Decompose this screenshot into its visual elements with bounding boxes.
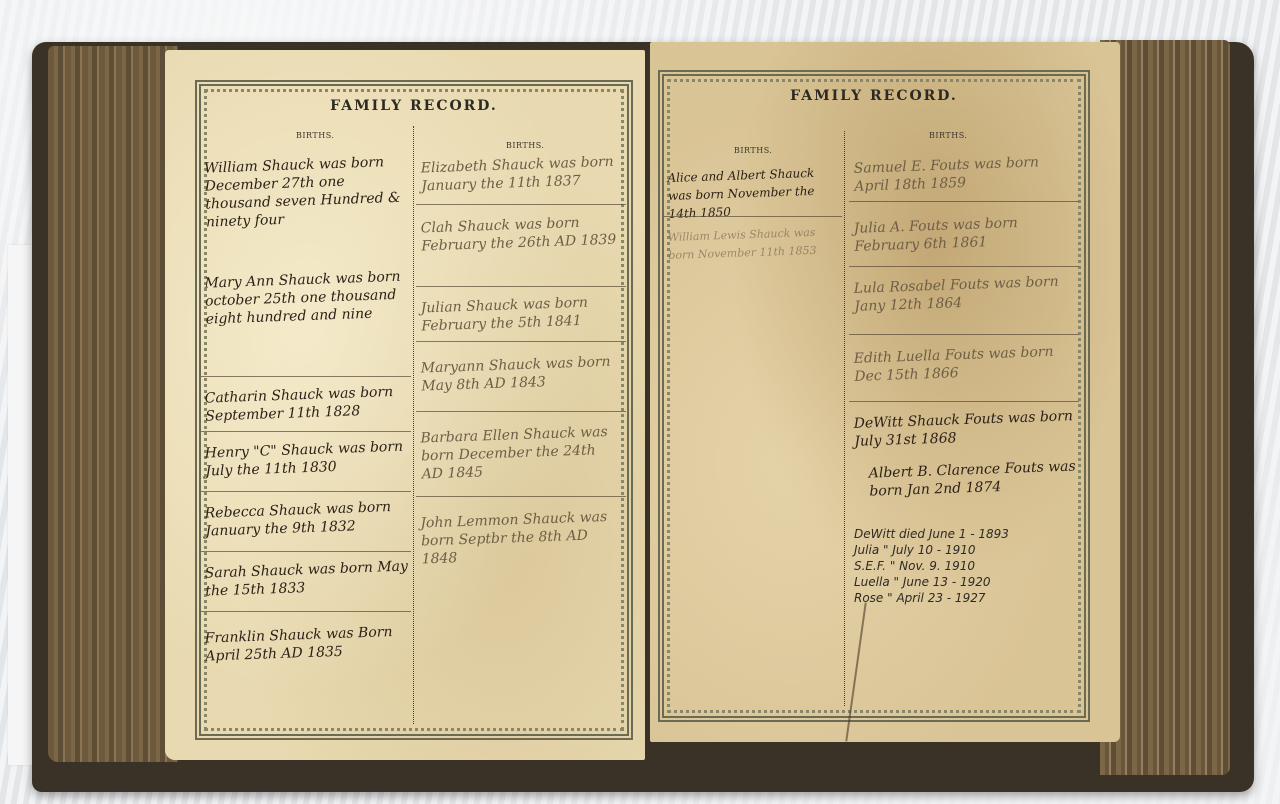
entry-rule xyxy=(849,334,1079,335)
entry-rule xyxy=(416,411,626,412)
death-entry: Julia " July 10 - 1910 xyxy=(854,542,1074,558)
entry-rule xyxy=(201,376,411,377)
entry-rule xyxy=(201,491,411,492)
entry-rule xyxy=(849,401,1079,402)
death-entry: DeWitt died June 1 - 1893 xyxy=(854,526,1074,542)
birth-entry: Franklin Shauck was Born April 25th AD 1… xyxy=(204,622,410,665)
column-divider xyxy=(844,131,845,706)
birth-entry: Henry "C" Shauck was born July the 11th … xyxy=(204,437,410,480)
birth-entry: Mary Ann Shauck was born october 25th on… xyxy=(204,267,411,328)
birth-entry: Rebecca Shauck was born January the 9th … xyxy=(204,497,410,540)
birth-entry: Maryann Shauck was born May 8th AD 1843 xyxy=(420,353,621,396)
entry-rule xyxy=(849,201,1079,202)
birth-entry: Barbara Ellen Shauck was born December t… xyxy=(420,423,622,484)
column-header: BIRTHS. xyxy=(929,131,967,140)
birth-entry: John Lemmon Shauck was born Septbr the 8… xyxy=(420,508,622,569)
left-page-block xyxy=(48,46,178,762)
birth-entry: Edith Luella Fouts was born Dec 15th 186… xyxy=(853,342,1074,386)
right-family-record-page: FAMILY RECORD. BIRTHS. BIRTHS. Alice and… xyxy=(650,42,1120,742)
death-entry: Luella " June 13 - 1920 xyxy=(854,574,1074,590)
ornamental-border: FAMILY RECORD. BIRTHS. BIRTHS. William S… xyxy=(195,80,633,740)
death-entry: Rose " April 23 - 1927 xyxy=(854,590,1074,606)
entry-rule xyxy=(416,204,626,205)
entry-rule xyxy=(201,431,411,432)
column-header: BIRTHS. xyxy=(734,146,772,155)
birth-entry: Samuel E. Fouts was born April 18th 1859 xyxy=(853,152,1074,196)
birth-entry: DeWitt Shauck Fouts was born July 31st 1… xyxy=(853,407,1074,451)
birth-entry: Elizabeth Shauck was born January the 11… xyxy=(420,153,621,196)
birth-entry: Clah Shauck was born February the 26th A… xyxy=(420,213,621,256)
birth-entry: Alice and Albert Shauck was born Novembe… xyxy=(667,163,841,223)
page-title: FAMILY RECORD. xyxy=(664,88,1084,104)
deaths-note: DeWitt died June 1 - 1893 Julia " July 1… xyxy=(854,526,1074,606)
birth-entry: Sarah Shauck was born May the 15th 1833 xyxy=(204,557,410,600)
entry-rule xyxy=(849,266,1079,267)
entry-rule xyxy=(664,216,842,217)
death-entry: S.E.F. " Nov. 9. 1910 xyxy=(854,558,1074,574)
birth-entry: Catharin Shauck was born September 11th … xyxy=(204,382,410,425)
column-header: BIRTHS. xyxy=(296,131,334,140)
ornamental-border: FAMILY RECORD. BIRTHS. BIRTHS. Alice and… xyxy=(658,70,1090,722)
entry-rule xyxy=(201,611,411,612)
birth-entry: William Shauck was born December 27th on… xyxy=(204,152,411,231)
birth-entry: Lula Rosabel Fouts was born Jany 12th 18… xyxy=(853,272,1074,316)
column-header: BIRTHS. xyxy=(506,141,544,150)
entry-rule xyxy=(416,341,626,342)
birth-entry: Albert B. Clarence Fouts was born Jan 2n… xyxy=(868,457,1079,500)
page-title: FAMILY RECORD. xyxy=(201,98,627,114)
entry-rule xyxy=(416,286,626,287)
entry-rule xyxy=(416,496,626,497)
entry-rule xyxy=(201,551,411,552)
birth-entry: Julia A. Fouts was born February 6th 186… xyxy=(853,212,1074,256)
birth-entry: Julian Shauck was born February the 5th … xyxy=(420,293,621,336)
birth-entry: William Lewis Shauck was born November 1… xyxy=(667,223,840,265)
left-family-record-page: FAMILY RECORD. BIRTHS. BIRTHS. William S… xyxy=(165,50,645,760)
column-divider xyxy=(413,126,414,724)
